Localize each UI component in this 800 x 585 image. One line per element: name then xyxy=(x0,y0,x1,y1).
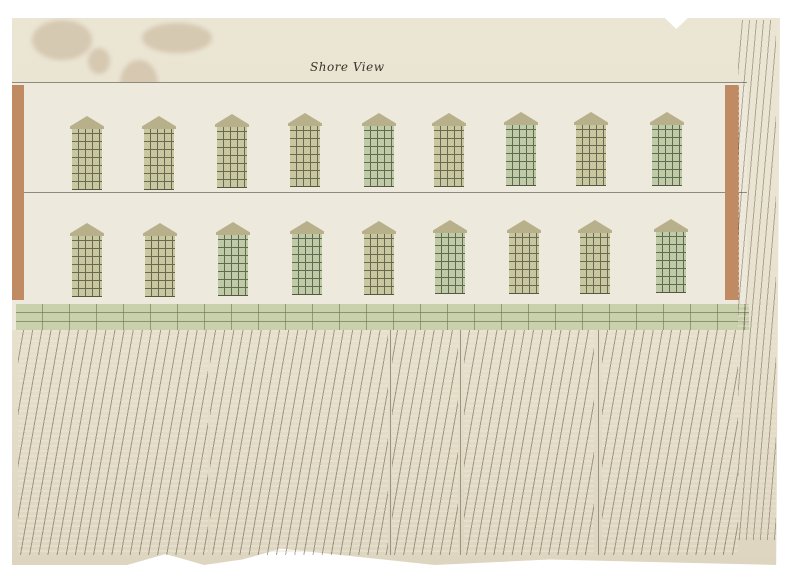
window-lower-7 xyxy=(509,233,539,294)
window-lower-8 xyxy=(580,233,610,294)
window-lower-1 xyxy=(72,236,102,297)
window-upper-4 xyxy=(290,126,320,187)
right-margin-handwriting xyxy=(738,20,776,540)
water-stain xyxy=(142,23,212,53)
top-rule-line xyxy=(12,82,747,83)
left-pilaster xyxy=(12,85,24,300)
window-upper-1 xyxy=(72,129,102,190)
text-column-2 xyxy=(210,330,388,555)
column-divider xyxy=(598,330,599,555)
window-upper-8 xyxy=(576,125,606,186)
window-lower-4 xyxy=(292,234,322,295)
window-upper-9 xyxy=(652,125,682,186)
right-pilaster xyxy=(725,85,739,300)
text-column-1 xyxy=(18,330,208,555)
drawing-title: Shore View xyxy=(310,60,385,74)
window-upper-5 xyxy=(364,126,394,187)
window-lower-9 xyxy=(656,232,686,293)
building-elevation-drawing xyxy=(12,82,747,330)
window-upper-6 xyxy=(434,126,464,187)
text-column-3 xyxy=(392,330,458,555)
text-column-4 xyxy=(464,330,594,555)
window-lower-2 xyxy=(145,236,175,297)
window-lower-3 xyxy=(218,235,248,296)
floor-divider-line xyxy=(12,192,747,193)
text-column-5 xyxy=(602,330,738,555)
column-divider xyxy=(460,330,461,555)
window-lower-5 xyxy=(364,234,394,295)
window-upper-2 xyxy=(144,129,174,190)
water-stain xyxy=(32,20,92,60)
window-upper-7 xyxy=(506,125,536,186)
column-divider xyxy=(390,330,391,555)
water-stain xyxy=(88,48,110,74)
handwritten-text-region xyxy=(18,330,738,555)
window-lower-6 xyxy=(435,233,465,294)
stone-base xyxy=(16,304,749,330)
window-upper-3 xyxy=(217,127,247,188)
